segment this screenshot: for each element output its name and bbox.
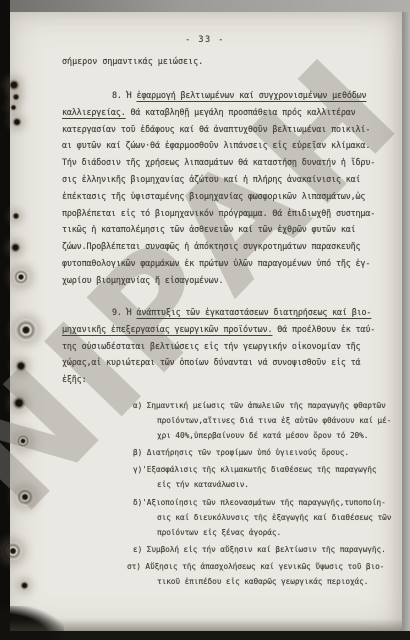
text-line: της οὐσιωδέσταται βελτιώσεις εἰς τήν γεω…	[62, 338, 396, 355]
underlined-text: μηχανικῆς ἐπεξεργασίας γεωργικῶν προϊόντ…	[62, 324, 272, 334]
text-line: χωρίου βιομηχανίας ἤ εἰσαγομένων.	[62, 272, 396, 289]
ink-blob	[12, 396, 26, 410]
text-line: 9. Ἡ ἀνάπτυξις τῶν ἐγκαταστάσεων διατηρή…	[62, 304, 396, 321]
ink-blob	[8, 79, 20, 91]
paragraph-9: 9. Ἡ ἀνάπτυξις τῶν ἐγκαταστάσεων διατηρή…	[62, 304, 396, 388]
text-line: 8. Ἡ ἐφαρμογή βελτιωμένων καί συγχρονισμ…	[62, 87, 396, 104]
text-line: ἐπέκτασις τῆς ὑφισταμένης βιομηχανίας φω…	[62, 188, 396, 205]
text-line: κατεργασίαν τοῦ ἐδάφους καί θά ἀναπτυχθο…	[62, 121, 396, 138]
text-line: τικοῦ ἐπιπέδου εἰς καθαρῶς γεωργικάς περ…	[157, 574, 399, 589]
text-line: στ) Αὔξησις τῆς ἀπασχολήσεως καί γενικῶς…	[127, 559, 399, 574]
ink-blob	[20, 581, 29, 590]
scan-edge-right	[402, 12, 410, 632]
text-line: χρι 40%,ὑπερβαίνουν δέ κατά μέσον ὅρον τ…	[157, 428, 399, 443]
page-number: - 33 -	[0, 35, 410, 45]
text-line: σις καί διευκόλυνσις τῆς ἐξαγωγῆς καί δι…	[157, 510, 399, 525]
text-line: τικῶς ἡ καταπολέμησις τῶν ἀσθενειῶν καί …	[62, 221, 396, 238]
ink-blob	[15, 360, 27, 372]
plain-text: Θά προέλθουν ἐκ ταύ-	[272, 324, 375, 334]
text-line: προϊόντων,αἵτινες διά τινα ἐξ αὐτῶν φθάν…	[157, 413, 399, 428]
scan-edge-top	[0, 0, 410, 12]
list-item: γ)'Εξασφάλισις τῆς κλιμακωτῆς διαθέσεως …	[133, 462, 399, 492]
list-item: α) Σημαντική μείωσις τῶν ἀπωλειῶν τῆς πα…	[133, 398, 399, 443]
plain-text: 8. Ἡ	[112, 90, 136, 100]
ink-blob	[12, 212, 20, 220]
ink-blob	[10, 242, 21, 253]
scanned-document-page: { "page": { "number_label": "- 33 -", "i…	[0, 0, 410, 640]
ink-blob	[15, 319, 37, 341]
text-line: φυτοπαθολογικῶν φαρμάκων ἐκ πρώτων ὑλῶν …	[62, 255, 396, 272]
text-line: α) Σημαντική μείωσις τῶν ἀπωλειῶν τῆς πα…	[133, 398, 399, 413]
numbered-list: α) Σημαντική μείωσις τῶν ἀπωλειῶν τῆς πα…	[133, 398, 399, 591]
ink-blob	[16, 434, 30, 448]
plain-text: Θά καταβληθῇ μεγάλη προσπάθεια πρός καλλ…	[126, 107, 356, 117]
plain-text: 9. Ἡ	[112, 307, 136, 317]
ink-blob	[13, 269, 29, 285]
intro-line: σήμερον σημαντικάς μειώσεις.	[62, 56, 203, 66]
list-item: στ) Αὔξησις τῆς ἀπασχολήσεως καί γενικῶς…	[133, 559, 399, 589]
text-line: αι φυτῶν καί ζώων·θά ἐφαρμοσθοῦν λιπάνσε…	[62, 137, 396, 154]
list-item: β) Διατήρησις τῶν τροφίμων ὑπό ὑγιεινούς…	[133, 445, 399, 460]
ink-blob	[10, 104, 17, 111]
text-line: εἰς τήν κατανάλωσιν.	[157, 477, 399, 492]
text-line: Τήν διάδοσιν τῆς χρήσεως λιπασμάτων θά κ…	[62, 154, 396, 171]
paper-bottom-shade	[10, 619, 402, 631]
list-item: δ)'Αξιοποίησις τῶν πλεονασμάτων τῆς παρα…	[133, 495, 399, 540]
ink-blob	[16, 488, 34, 506]
text-line: καλλιεργείας. Θά καταβληθῇ μεγάλη προσπά…	[62, 104, 396, 121]
text-line: προϊόντων εἰς ξένας ἀγοράς.	[157, 525, 399, 540]
ink-blob	[4, 542, 22, 560]
list-item: ε) Συμβολή εἰς τήν αὔξησιν καί βελτίωσιν…	[133, 542, 399, 557]
ink-blob	[12, 93, 20, 101]
text-line: χώρας,αἱ κυριώτεραι τῶν ὁποίων δύνανται …	[62, 354, 396, 371]
text-line: ζώων.Προβλέπεται συναφῶς ἡ ἀπόκτησις συγ…	[62, 238, 396, 255]
text-line: ε) Συμβολή εἰς τήν αὔξησιν καί βελτίωσιν…	[133, 542, 399, 557]
underlined-text: ἐφαρμογή βελτιωμένων καί συγχρονισμένων …	[136, 90, 366, 100]
underlined-text: ἀνάπτυξις τῶν ἐγκαταστάσεων διατηρήσεως …	[136, 307, 371, 317]
text-line: β) Διατήρησις τῶν τροφίμων ὑπό ὑγιεινούς…	[133, 445, 399, 460]
text-line: μηχανικῆς ἐπεξεργασίας γεωργικῶν προϊόντ…	[62, 321, 396, 338]
text-line: σις ἑλληνικῆς βιομηχανίας ἀζώτου καί ἡ π…	[62, 171, 396, 188]
text-line: δ)'Αξιοποίησις τῶν πλεονασμάτων τῆς παρα…	[133, 495, 399, 510]
text-line: γ)'Εξασφάλισις τῆς κλιμακωτῆς διαθέσεως …	[133, 462, 399, 477]
ink-blob	[12, 117, 22, 127]
underlined-text: καλλιεργείας.	[62, 107, 126, 117]
text-line: ἑξῆς:	[62, 371, 396, 388]
paragraph-8: 8. Ἡ ἐφαρμογή βελτιωμένων καί συγχρονισμ…	[62, 87, 396, 289]
text-line: προβλέπεται εἰς τό βιομηχανικόν πρόγραμμ…	[62, 205, 396, 222]
